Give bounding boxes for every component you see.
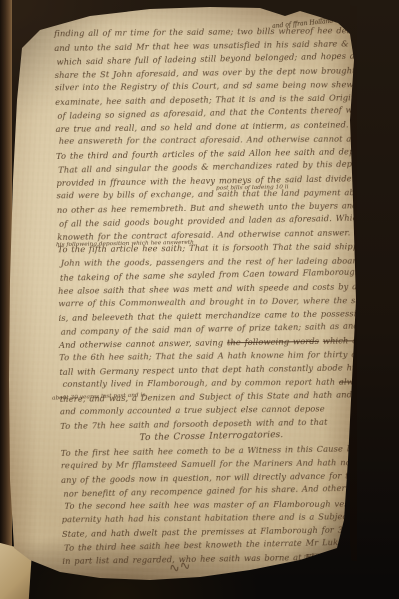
line-text: And otherwise cannot answer, saving <box>59 337 227 350</box>
manuscript-page: 468 and of ffran Holland in th finding a… <box>6 4 358 584</box>
manuscript-text: finding all of mr time for the said same… <box>54 23 360 568</box>
manuscript-line: hee answereth for the contract aforesaid… <box>59 132 357 148</box>
struck-text: the followeing words <box>227 335 319 346</box>
line-text: constantly lived in Flamborough, and by … <box>63 377 339 389</box>
manuscript-line: constantly lived in Flamborough, and by … <box>63 375 361 391</box>
interlinear-note-bill: post bills of ladeing 10 li <box>216 184 289 191</box>
ink-flourish: ∿∿ <box>168 558 192 577</box>
page-number: 468 <box>320 6 343 19</box>
photograph-of-manuscript: 468 and of ffran Holland in th finding a… <box>0 0 399 599</box>
marginal-word: more <box>304 552 320 560</box>
